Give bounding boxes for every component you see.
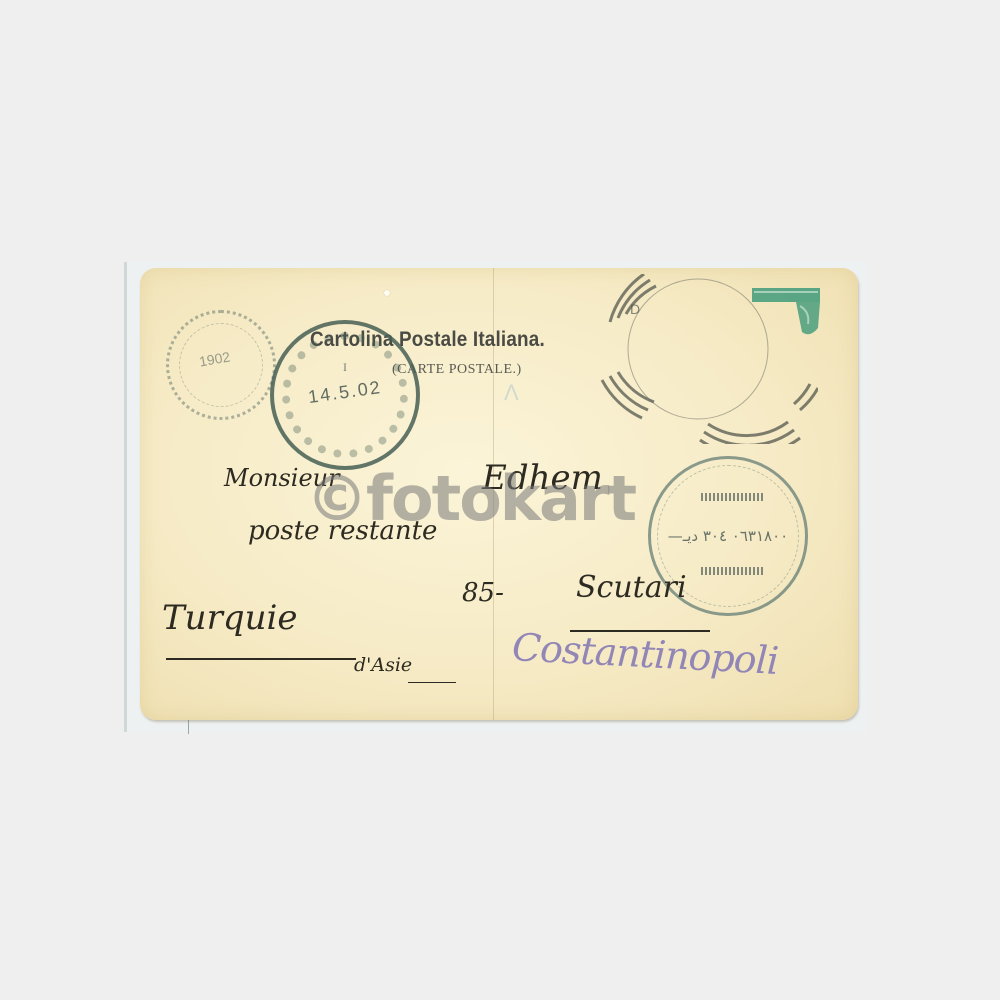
left-faint-postmark: 1902 bbox=[166, 310, 276, 420]
constantinople-postmark: I 14.5.02 bbox=[270, 320, 420, 470]
scan-edge-mark bbox=[188, 720, 189, 734]
pencil-note: Costantinopoli bbox=[511, 625, 779, 683]
postmark-top-bar bbox=[701, 493, 763, 501]
address-name: Edhem bbox=[482, 458, 603, 498]
region-underline bbox=[408, 682, 456, 683]
country-underline bbox=[166, 658, 356, 660]
postmark-date-line: —٠٦٣١٨٠٠ ٣٠٤ ديـ bbox=[651, 527, 805, 545]
svg-text:D: D bbox=[630, 301, 640, 317]
address-line-poste-restante: poste restante bbox=[248, 516, 437, 546]
postage-stamp-fragment-icon bbox=[752, 288, 820, 336]
postcard: 1902 Cartolina Postale Italiana. (CARTE … bbox=[140, 268, 858, 720]
address-region: d'Asie bbox=[354, 654, 412, 676]
postmark-series: I bbox=[274, 360, 416, 375]
postmark-bottom-bar bbox=[701, 567, 763, 575]
faint-pencil-mark: Λ bbox=[504, 380, 519, 406]
address-salutation: Monsieur bbox=[224, 464, 340, 492]
address-country: Turquie bbox=[162, 598, 298, 638]
address-number: 85- bbox=[462, 578, 504, 608]
address-city: Scutari bbox=[576, 570, 687, 605]
pinhole bbox=[384, 290, 390, 296]
